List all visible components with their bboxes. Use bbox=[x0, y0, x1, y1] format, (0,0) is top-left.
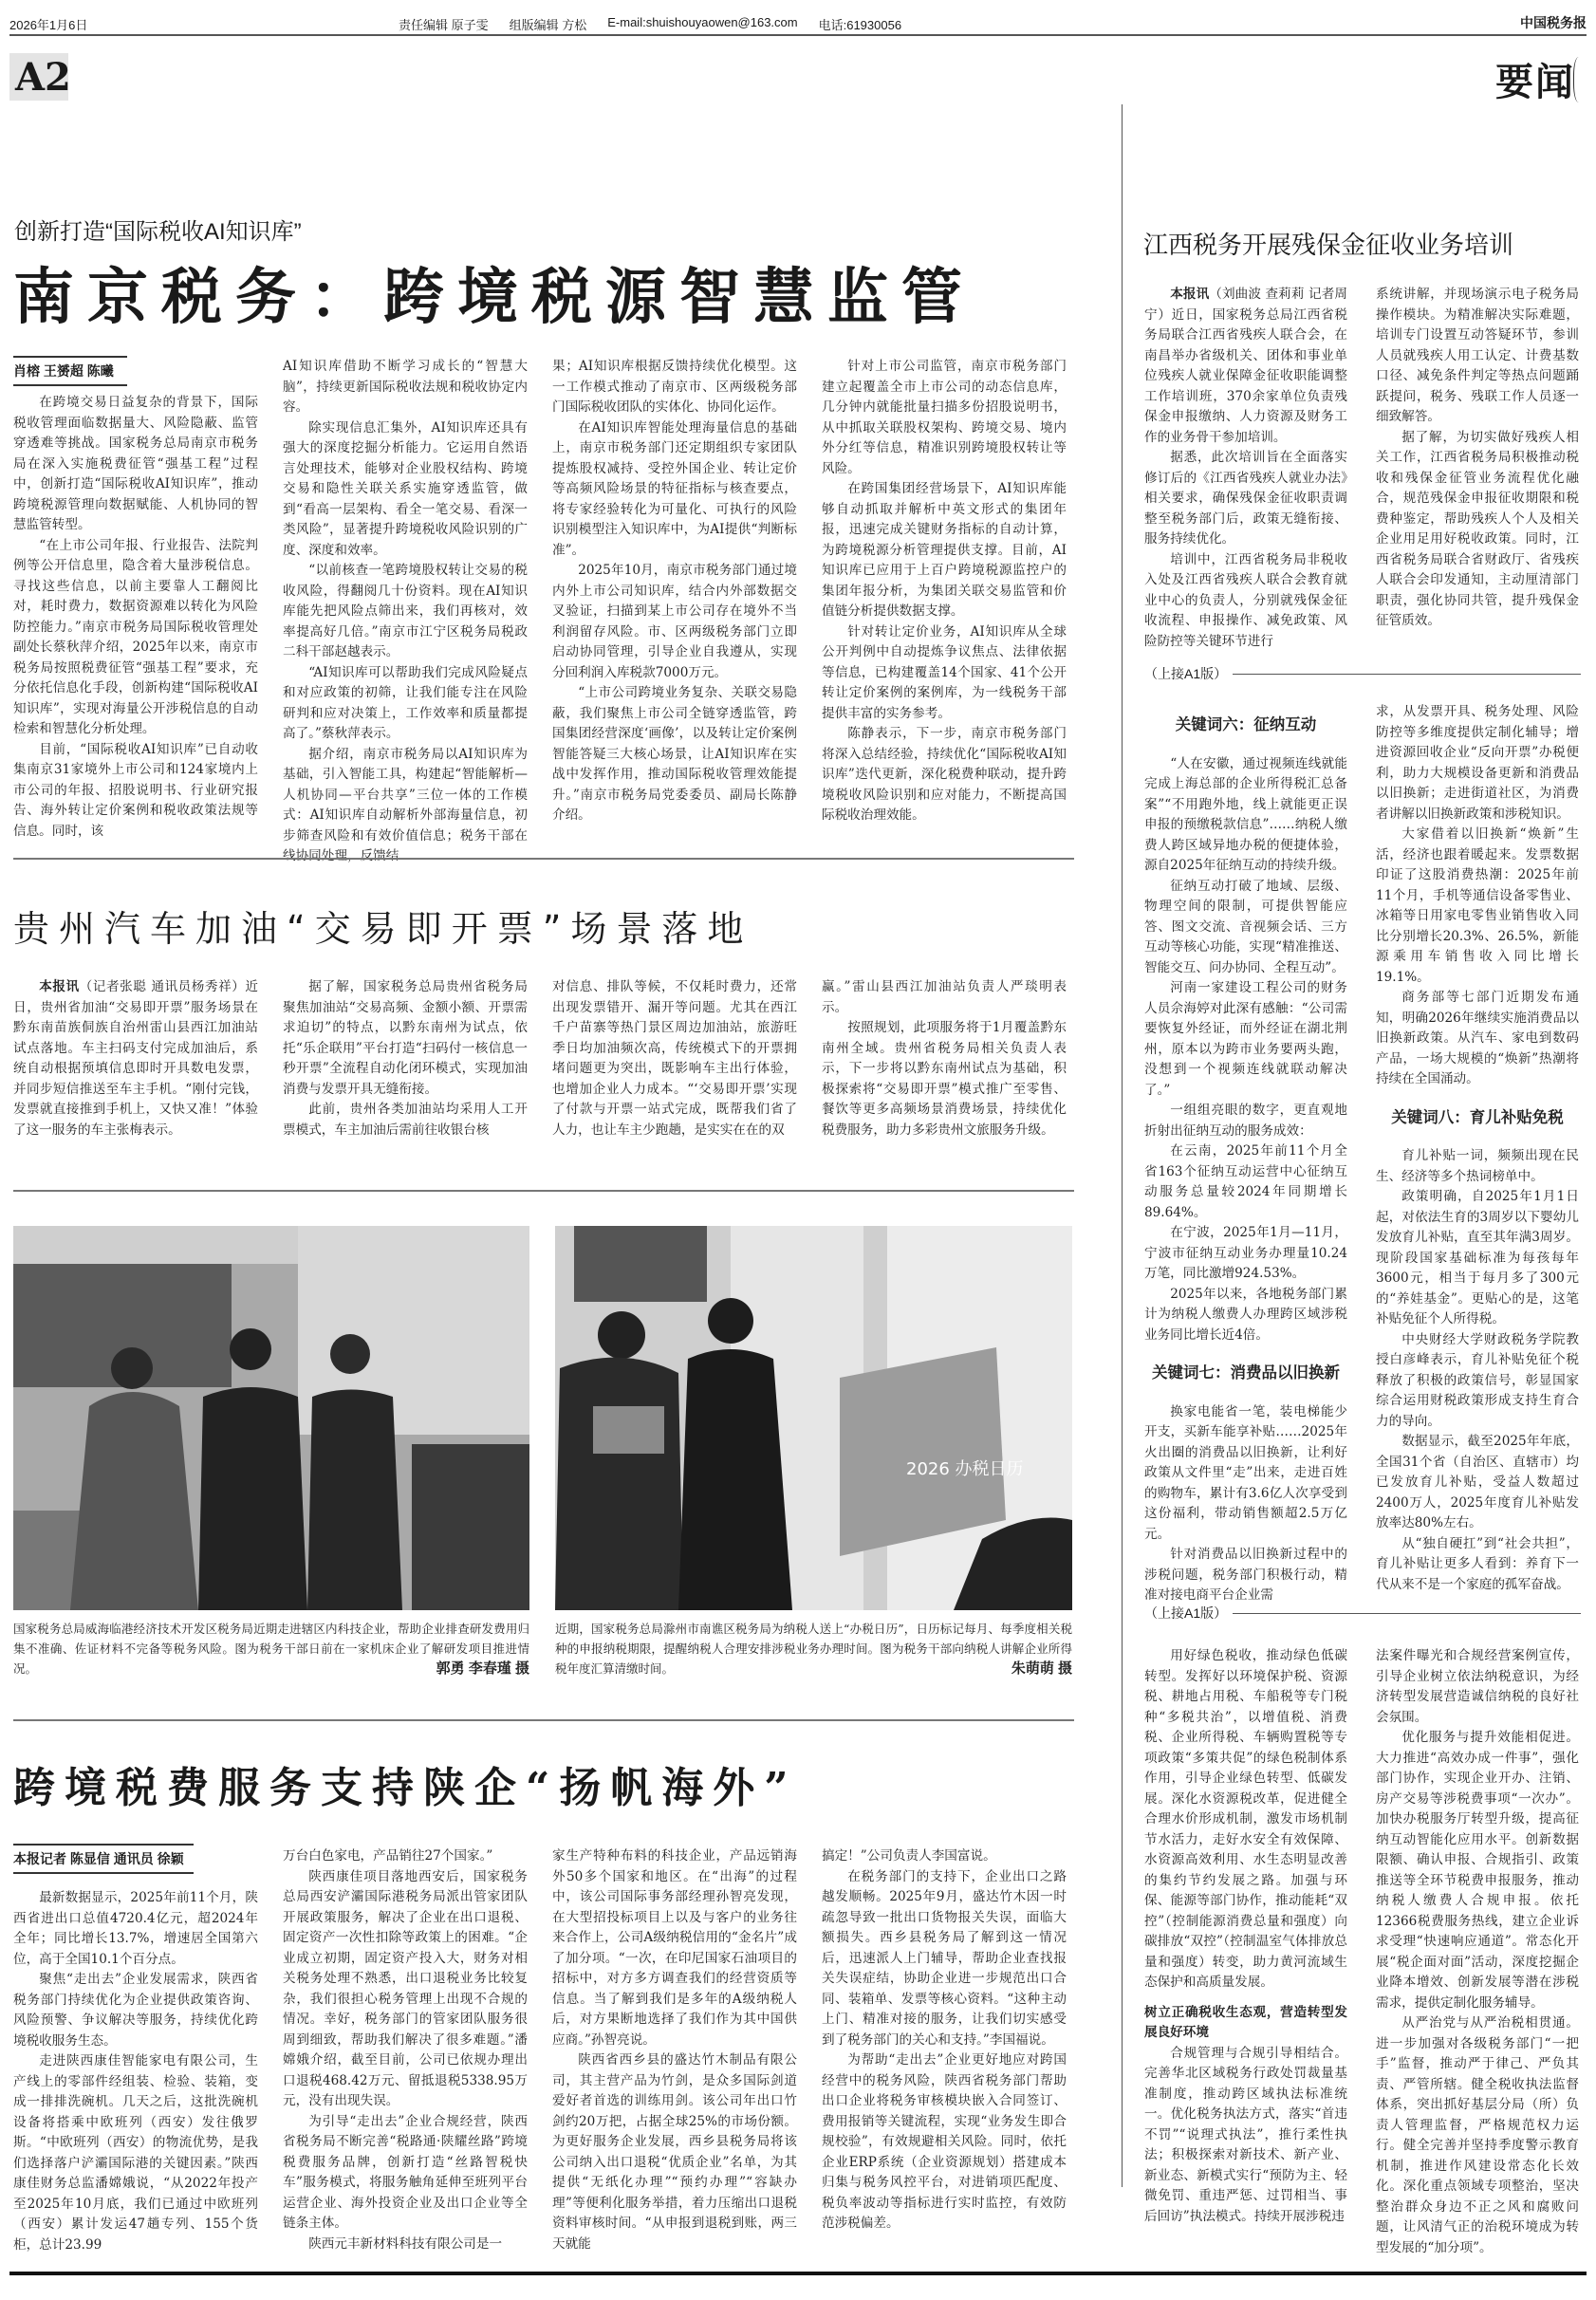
column-divider bbox=[1122, 104, 1123, 2187]
paragraph: 2025年以来，各地税务部门累计为纳税人缴费人办理跨区域涉税业务同比增长近4倍。 bbox=[1144, 1285, 1347, 1346]
paragraph: 针对上市公司监管，南京市税务部门建立起覆盖全市上市公司的动态信息库，几分钟内就能… bbox=[822, 357, 1067, 479]
photo-credit: 朱萌萌 摄 bbox=[1011, 1659, 1072, 1679]
paragraph: 优化服务与提升效能相促进。大力推进“高效办成一件事”，强化部门协作，实现企业开办… bbox=[1376, 1728, 1579, 2013]
nanjing-col-2: AI知识库借助不断学习成长的“智慧大脑”，持续更新国际税收法规和税收协定内容。 … bbox=[283, 357, 528, 867]
masthead: 2026年1月6日 责任编辑 原子雯 组版编辑 方松 E-mail:shuish… bbox=[9, 11, 1587, 36]
continued-2-col-2: 法案件曝光和合规经营案例宣传，引导企业树立依法纳税意识，为经济转型发展营造诚信纳… bbox=[1376, 1646, 1579, 2258]
paragraph: 培训中，江西省税务局非税收入处及江西省残疾人联合会教育就业中心的负责人，分别就残… bbox=[1144, 550, 1347, 653]
paragraph: 赢。”雷山县西江加油站负责人严琰明表示。 bbox=[822, 977, 1067, 1018]
paragraph: 家生产特种布料的科技企业，产品远销海外50多个国家和地区。在“出海”的过程中，该… bbox=[552, 1846, 797, 2050]
paragraph: 按照规划，此项服务将于1月覆盖黔东南州全域。贵州省税务局相关负责人表示，下一步将… bbox=[822, 1018, 1067, 1141]
guizhou-col-2: 据了解，国家税务总局贵州省税务局聚焦加油站“交易高频、金额小额、开票需求迫切”的… bbox=[283, 977, 528, 1141]
guizhou-col-4: 赢。”雷山县西江加油站负责人严琰明表示。 按照规划，此项服务将于1月覆盖黔东南州… bbox=[822, 977, 1067, 1141]
nanjing-kicker: 创新打造“国际税收AI知识库” bbox=[14, 213, 302, 246]
continued-label-1: （上接A1版） bbox=[1144, 664, 1581, 683]
layout-editor: 组版编辑 方松 bbox=[510, 15, 587, 33]
guizhou-col-1: 本报讯（记者张聪 通讯员杨秀祥）近日，贵州省加油“交易即开票”服务场景在黔东南苗… bbox=[13, 977, 258, 1141]
section-divider bbox=[13, 1190, 1074, 1192]
nanjing-col-4: 针对上市公司监管，南京市税务部门建立起覆盖全市上市公司的动态信息库，几分钟内就能… bbox=[822, 357, 1067, 826]
continued-label-2: （上接A1版） bbox=[1144, 1604, 1581, 1623]
responsible-editor: 责任编辑 原子雯 bbox=[399, 15, 489, 33]
paragraph: 在跨国集团经营场景下，AI知识库能够自动抓取并解析中英文形式的集团年报，迅速完成… bbox=[822, 479, 1067, 622]
shaanxi-headline: 跨境税费服务支持陕企“扬帆海外” bbox=[13, 1753, 798, 1814]
nanjing-headline: 南京税务：跨境税源智慧监管 bbox=[13, 249, 975, 336]
nanjing-byline: 肖榕 王赟超 陈曦 bbox=[13, 356, 127, 386]
paragraph: 在AI知识库智能处理海量信息的基础上，南京市税务部门还定期组织专家团队提炼股权减… bbox=[552, 418, 797, 562]
paragraph: 在税务部门的支持下，企业出口之路越发顺畅。2025年9月，盛达竹木因一时疏忽导致… bbox=[822, 1867, 1067, 2051]
paragraph: 数据显示，截至2025年年底，全国31个省（自治区、直辖市）均已发放育儿补贴，受… bbox=[1376, 1432, 1579, 1534]
paragraph: “人在安徽，通过视频连线就能完成上海总部的企业所得税汇总备案”“不用跑外地，线上… bbox=[1144, 754, 1347, 877]
jiangxi-headline: 江西税务开展残保金征收业务培训 bbox=[1143, 226, 1513, 261]
paragraph: 针对转让定价业务，AI知识库从全球公开判例中自动提炼争议焦点、法律依据等信息，已… bbox=[822, 622, 1067, 725]
paragraph: 万台白色家电，产品销往27个国家。” bbox=[283, 1846, 528, 1867]
paragraph: 搞定！”公司负责人李国富说。 bbox=[822, 1846, 1067, 1867]
paragraph: 陈静表示，下一步，南京市税务部门将深入总结经验，持续优化“国际税收AI知识库”迭… bbox=[822, 724, 1067, 826]
paragraph: 中央财经大学财政税务学院教授白彦峰表示，育儿补贴免征个税释放了积极的政策信号，彰… bbox=[1376, 1330, 1579, 1433]
contact-phone: 电话:61930056 bbox=[819, 15, 901, 33]
paragraph: 走进陕西康佳智能家电有限公司，生产线上的零部件经组装、检验、装箱，变成一排排洗碗… bbox=[13, 2051, 258, 2255]
paragraph: 法案件曝光和合规经营案例宣传，引导企业树立依法纳税意识，为经济转型发展营造诚信纳… bbox=[1376, 1646, 1579, 1728]
photo-image: 2026 办税日历 bbox=[555, 1226, 1072, 1610]
paragraph: 大家借着以旧换新“焕新”生活，经济也跟着暖起来。发票数据印证了这股消费热潮：20… bbox=[1376, 825, 1579, 988]
paragraph: 在云南，2025年前11个月全省163个征纳互动运营中心征纳互动服务总量较202… bbox=[1144, 1141, 1347, 1223]
photo-image bbox=[13, 1226, 529, 1610]
continued-2-col-1: 用好绿色税收，推动绿色低碳转型。发挥好以环境保护税、资源税、耕地占用税、车船税等… bbox=[1144, 1646, 1347, 2227]
issue-date: 2026年1月6日 bbox=[9, 15, 87, 33]
photo-tax-calendar: 2026 办税日历 bbox=[555, 1226, 1072, 1610]
paragraph: 陕西康佳项目落地西安后，国家税务总局西安浐灞国际港税务局派出管家团队开展政策服务… bbox=[283, 1867, 528, 2112]
paragraph: 在宁波，2025年1月—11月，宁波市征纳互动业务办理量10.24万笔，同比激增… bbox=[1144, 1223, 1347, 1285]
photo-credit: 郭勇 李春瑾 摄 bbox=[436, 1659, 529, 1679]
paragraph: 据了解，为切实做好残疾人相关工作，江西省税务局积极推动税收和残保金征管业务流程优… bbox=[1376, 428, 1579, 632]
subheading: 树立正确税收生态观，营造转型发展良好环境 bbox=[1144, 2003, 1347, 2044]
section-divider bbox=[13, 858, 1074, 860]
lead-label: 本报讯 bbox=[1170, 287, 1209, 302]
paragraph: 近日，贵州省加油“交易即开票”服务场景在黔东南苗族侗族自治州雷山县西江加油站试点… bbox=[13, 979, 258, 1138]
paragraph: 在跨境交易日益复杂的背景下，国际税收管理面临数据量大、风险隐蔽、监管穿透难等挑战… bbox=[13, 393, 258, 536]
calendar-text: 2026 办税日历 bbox=[906, 1459, 1024, 1479]
paragraph: 为引导“走出去”企业合规经营，陕西省税务局不断完善“税路通·陕耀丝路”跨境税费服… bbox=[283, 2112, 528, 2235]
paragraph: 征纳互动打破了地域、层级、物理空间的限制，可提供智能应答、图文交流、音视频会话、… bbox=[1144, 877, 1347, 979]
lead-label: 本报讯 bbox=[39, 979, 79, 994]
paragraph: 育儿补贴一词，频频出现在民生、经济等多个热词榜单中。 bbox=[1376, 1146, 1579, 1187]
paragraph: 从“独自硬扛”到“社会共担”，育儿补贴让更多人看到：养育下一代从来不是一个家庭的… bbox=[1376, 1534, 1579, 1596]
paragraph: 河南一家建设工程公司的财务人员佘海婷对此深有感触：“公司需要恢复外经证，而外经证… bbox=[1144, 978, 1347, 1101]
jiangxi-col-1: 本报讯（刘曲波 查莉莉 记者周宁）近日，国家税务总局江西省税务局联合江西省残疾人… bbox=[1144, 285, 1347, 652]
continued-1-col-1: 关键词六：征纳互动“人在安徽，通过视频连线就能完成上海总部的企业所得税汇总备案”… bbox=[1144, 697, 1347, 1606]
shaanxi-col-1: 最新数据显示，2025年前11个月，陕西省进出口总值4720.4亿元，超2024… bbox=[13, 1888, 258, 2255]
paragraph: 对信息、排队等候，不仅耗时费力，还常出现发票错开、漏开等问题。尤其在西江千户苗寨… bbox=[552, 977, 797, 1141]
continued-text: （上接A1版） bbox=[1144, 664, 1227, 683]
shaanxi-byline: 本报记者 陈显信 通讯员 徐颖 bbox=[13, 1844, 194, 1874]
shaanxi-col-2: 万台白色家电，产品销往27个国家。” 陕西康佳项目落地西安后，国家税务总局西安浐… bbox=[283, 1846, 528, 2254]
photo-machine-tool-visit bbox=[13, 1226, 529, 1610]
paragraph: 陕西元丰新材料科技有限公司是一 bbox=[283, 2235, 528, 2255]
caption-text: 近期，国家税务总局滁州市南谯区税务局为纳税人送上“办税日历”，日历标记每月、每季… bbox=[555, 1622, 1072, 1676]
paragraph: 政策明确，自2025年1月1日起，对依法生育的3周岁以下婴幼儿发放育儿补贴，直至… bbox=[1376, 1187, 1579, 1330]
guizhou-headline: 贵州汽车加油“交易即开票”场景落地 bbox=[13, 900, 752, 952]
paper-name: 中国税务报 bbox=[1520, 13, 1587, 32]
paragraph: 商务部等七部门近期发布通知，明确2026年继续实施消费品以旧换新政策。从汽车、家… bbox=[1376, 988, 1579, 1090]
section-ornament bbox=[1573, 57, 1587, 102]
nanjing-col-3: 果；AI知识库根据反馈持续优化模型。这一工作模式推动了南京市、区两级税务部门国际… bbox=[552, 357, 797, 826]
continued-text: （上接A1版） bbox=[1144, 1604, 1227, 1623]
paragraph: 系统讲解，并现场演示电子税务局操作模块。为精准解决实际难题，培训专门设置互动答疑… bbox=[1376, 285, 1579, 428]
paragraph: AI知识库借助不断学习成长的“智慧大脑”，持续更新国际税收法规和税收协定内容。 bbox=[283, 357, 528, 418]
paragraph: 聚焦“走出去”企业发展需求，陕西省税务部门持续优化为企业提供政策咨询、风险预警、… bbox=[13, 1970, 258, 2051]
paragraph: 合规管理与合规引导相结合。完善华北区域税务行政处罚裁量基准制度，推动跨区域执法标… bbox=[1144, 2044, 1347, 2228]
paragraph: 针对消费品以旧换新过程中的涉税问题，税务部门积极行动，精准对接电商平台企业需 bbox=[1144, 1545, 1347, 1606]
paragraph: “以前核查一笔跨境股权转让交易的税收风险，得翻阅几十份资料。现在AI知识库能先把… bbox=[283, 561, 528, 663]
keyword-heading: 关键词七：消费品以旧换新 bbox=[1144, 1363, 1347, 1383]
paragraph: 最新数据显示，2025年前11个月，陕西省进出口总值4720.4亿元，超2024… bbox=[13, 1888, 258, 1970]
paragraph: 从严治党与从严治税相贯通。进一步加强对各级税务部门“一把手”监督，推动严于律己、… bbox=[1376, 2013, 1579, 2258]
shaanxi-col-3: 家生产特种布料的科技企业，产品远销海外50多个国家和地区。在“出海”的过程中，该… bbox=[552, 1846, 797, 2254]
photo-caption-2: 近期，国家税务总局滁州市南谯区税务局为纳税人送上“办税日历”，日历标记每月、每季… bbox=[555, 1619, 1072, 1679]
section-title: 要闻 bbox=[1495, 52, 1575, 106]
keyword-heading: 关键词六：征纳互动 bbox=[1144, 714, 1347, 735]
continued-1-col-2: 求，从发票开具、税务处理、风险防控等多维度提供定制化辅导；增进资源回收企业“反向… bbox=[1376, 702, 1579, 1595]
photo-caption-1: 国家税务总局威海临港经济技术开发区税务局近期走进辖区内科技企业，帮助企业排查研发… bbox=[13, 1619, 529, 1679]
paragraph: 据介绍，南京市税务局以AI知识库为基础，引入智能工具，构建起“智能解析—人机协同… bbox=[283, 745, 528, 867]
section-divider bbox=[13, 1719, 1074, 1721]
contact-email[interactable]: E-mail:shuishouyaowen@163.com bbox=[607, 15, 797, 33]
page-number: A2 bbox=[9, 53, 68, 101]
paragraph: 求，从发票开具、税务处理、风险防控等多维度提供定制化辅导；增进资源回收企业“反向… bbox=[1376, 702, 1579, 825]
paragraph: “在上市公司年报、行业报告、法院判例等公开信息里，隐含着大量涉税信息。寻找这些信… bbox=[13, 536, 258, 740]
paragraph: 为帮助“走出去”企业更好地应对跨国经营中的税务风险，陕西省税务部门帮助出口企业将… bbox=[822, 2050, 1067, 2235]
paragraph: 除实现信息汇集外，AI知识库还具有强大的深度挖掘分析能力。它运用自然语言处理技术… bbox=[283, 418, 528, 562]
guizhou-col-3: 对信息、排队等候，不仅耗时费力，还常出现发票错开、漏开等问题。尤其在西江千户苗寨… bbox=[552, 977, 797, 1141]
paragraph: 果；AI知识库根据反馈持续优化模型。这一工作模式推动了南京市、区两级税务部门国际… bbox=[552, 357, 797, 418]
nanjing-col-1: 在跨境交易日益复杂的背景下，国际税收管理面临数据量大、风险隐蔽、监管穿透难等挑战… bbox=[13, 393, 258, 842]
paragraph: 换家电能省一笔，装电梯能少开支，买新车能享补贴……2025年火出圈的消费品以旧换… bbox=[1144, 1402, 1347, 1546]
paragraph: 目前，“国际税收AI知识库”已自动收集南京31家境外上市公司和124家境内上市公… bbox=[13, 740, 258, 843]
paragraph: 一组组亮眼的数字，更直观地折射出征纳互动的服务成效： bbox=[1144, 1101, 1347, 1141]
paragraph: “上市公司跨境业务复杂、关联交易隐蔽，我们聚焦上市公司全链穿透监管，跨国集团经营… bbox=[552, 683, 797, 826]
keyword-heading: 关键词八：育儿补贴免税 bbox=[1376, 1107, 1579, 1128]
paragraph: 据悉，此次培训旨在全面落实修订后的《江西省残疾人就业办法》相关要求，确保残保金征… bbox=[1144, 448, 1347, 550]
paragraph: 用好绿色税收，推动绿色低碳转型。发挥好以环境保护税、资源税、耕地占用税、车船税等… bbox=[1144, 1646, 1347, 1994]
paragraph: “AI知识库可以帮助我们完成风险疑点和对应政策的初筛，让我们能专注在风险研判和应… bbox=[283, 663, 528, 745]
shaanxi-col-4: 搞定！”公司负责人李国富说。 在税务部门的支持下，企业出口之路越发顺畅。2025… bbox=[822, 1846, 1067, 2235]
paragraph: 2025年10月，南京市税务部门通过境内外上市公司知识库，结合内外部数据交叉验证… bbox=[552, 561, 797, 683]
jiangxi-col-2: 系统讲解，并现场演示电子税务局操作模块。为精准解决实际难题，培训专门设置互动答疑… bbox=[1376, 285, 1579, 632]
paragraph: 此前，贵州各类加油站均采用人工开票模式，车主加油后需前往收银台核 bbox=[283, 1100, 528, 1141]
paragraph: 陕西省西乡县的盛达竹木制品有限公司，其主营产品为竹剑，是众多国际剑道爱好者首选的… bbox=[552, 2050, 797, 2254]
paragraph: 近日，国家税务总局江西省税务局联合江西省残疾人联合会，在南昌举办省级机关、团体和… bbox=[1144, 307, 1347, 445]
page-bottom-rule bbox=[9, 2272, 1587, 2275]
paragraph: 据了解，国家税务总局贵州省税务局聚焦加油站“交易高频、金额小额、开票需求迫切”的… bbox=[283, 977, 528, 1100]
masthead-credits: 责任编辑 原子雯 组版编辑 方松 E-mail:shuishouyaowen@1… bbox=[399, 15, 901, 33]
lead-credit: （记者张聪 通讯员杨秀祥） bbox=[80, 979, 246, 994]
